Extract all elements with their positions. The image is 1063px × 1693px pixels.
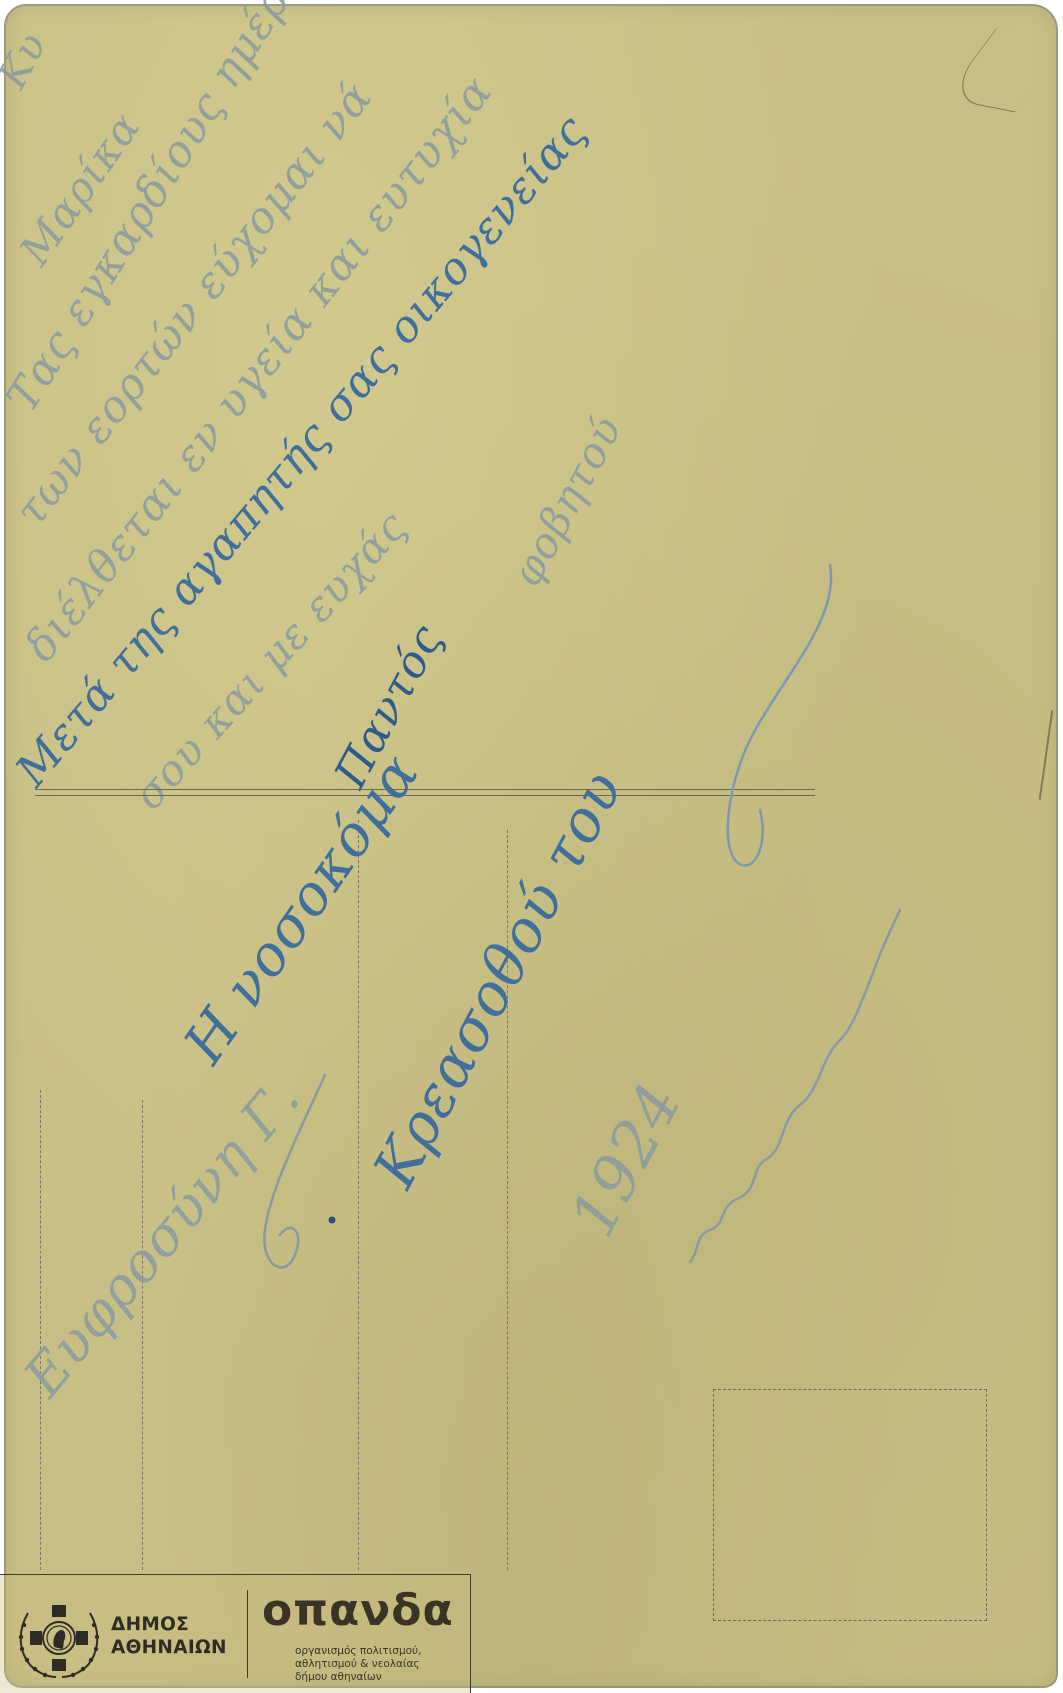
opanda-tagline: οργανισμός πολιτισμού, αθλητισμού & νεολ… xyxy=(295,1645,421,1684)
signature-initial-g xyxy=(250,1070,350,1280)
address-guide-3 xyxy=(358,820,359,1570)
footer-separator xyxy=(247,1590,248,1678)
signature-loop xyxy=(690,560,850,880)
opanda-tagline-1: οργανισμός πολιτισμού, xyxy=(295,1645,421,1658)
opanda-tagline-3: δήμου αθηναίων xyxy=(295,1671,421,1684)
athens-line-1: ΔΗΜΟΣ xyxy=(111,1613,227,1636)
address-guide-2 xyxy=(142,1100,143,1570)
opanda-tagline-2: αθλητισμού & νεολαίας xyxy=(295,1658,421,1671)
athens-municipality-emblem-icon xyxy=(16,1595,102,1681)
athens-municipality-name: ΔΗΜΟΣ ΑΘΗΝΑΙΩΝ xyxy=(111,1613,227,1659)
opanda-wordmark: οπανδα xyxy=(262,1585,454,1636)
address-guide-1 xyxy=(40,1090,41,1570)
signature-flourish xyxy=(670,890,910,1290)
athens-line-2: ΑΘΗΝΑΙΩΝ xyxy=(111,1636,227,1659)
stamp-box xyxy=(713,1389,987,1621)
